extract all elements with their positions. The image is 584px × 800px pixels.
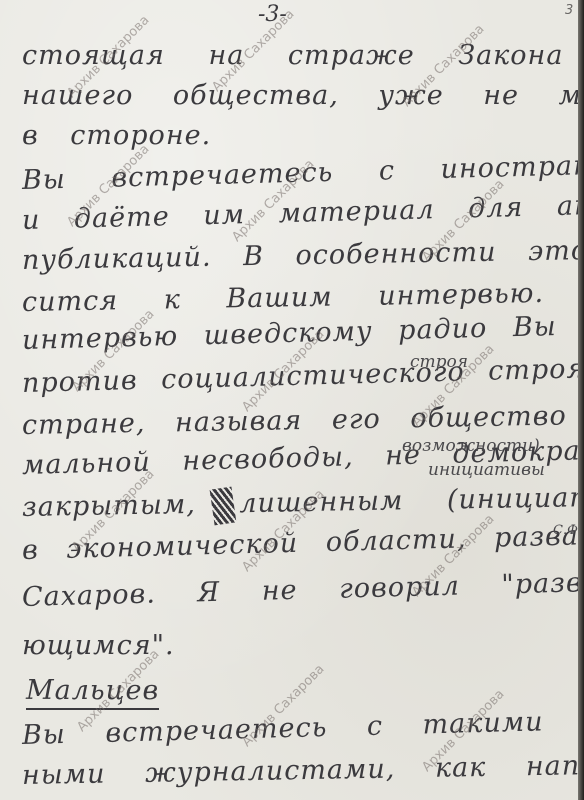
text-line-6: публикаций. В особенности это отно-: [22, 233, 578, 276]
line-text: стоящая на страже Закона и интересов: [22, 40, 578, 71]
text-line-3: в стороне.: [22, 120, 211, 151]
line-text: в стороне.: [22, 120, 211, 151]
page-edge: [578, 0, 584, 800]
line-text: против социалистического строя в нашей: [22, 349, 578, 399]
page-number-corner: 3: [565, 3, 573, 18]
line-text: стране, называя его общество макси-: [22, 398, 578, 441]
line-text: Вы встречаетесь с иностранцами: [22, 148, 578, 196]
text-line-1: стоящая на страже Закона и интересов: [22, 40, 578, 71]
speaker-heading-maltsev: Мальцев: [26, 675, 159, 710]
manuscript-page: -3- 3 стоящая на страже Закона и интерес…: [0, 0, 578, 800]
insert-line-b: инициативы: [428, 460, 545, 480]
text-line-2: нашего общества, уже не может оставаться: [22, 80, 578, 111]
page-number-center: -3-: [258, 2, 287, 27]
insert-line-a: возможности): [402, 436, 540, 456]
line-text: в экономической области, разваливающимся: [22, 515, 578, 566]
line-text: ными журналистами, как например: [22, 749, 578, 791]
text-line-12: закрытым, лишенным (инициативы: [22, 481, 578, 523]
line-text: ющимся".: [22, 630, 175, 661]
line-text: Сахаров. Я не говорил "развалива-: [22, 565, 578, 613]
text-line-13: в экономической области, разваливающимся: [22, 515, 578, 566]
text-line-18: ными журналистами, как например: [22, 749, 578, 791]
line-text: публикаций. В особенности это отно-: [22, 233, 578, 276]
line-text: закрытым, лишенным (инициативы: [22, 481, 578, 523]
margin-initials: С.Ф.: [553, 523, 578, 538]
text-line-9: против социалистического строя в нашей: [22, 349, 578, 399]
text-line-15: ющимся".: [22, 630, 175, 661]
text-line-10: стране, называя его общество макси-: [22, 398, 578, 441]
text-line-14: Сахаров. Я не говорил "развалива-: [22, 565, 578, 613]
text-line-4: Вы встречаетесь с иностранцами: [22, 148, 578, 196]
line-text: нашего общества, уже не может оставаться: [22, 80, 578, 111]
insert-above-struck: строя: [410, 352, 468, 372]
